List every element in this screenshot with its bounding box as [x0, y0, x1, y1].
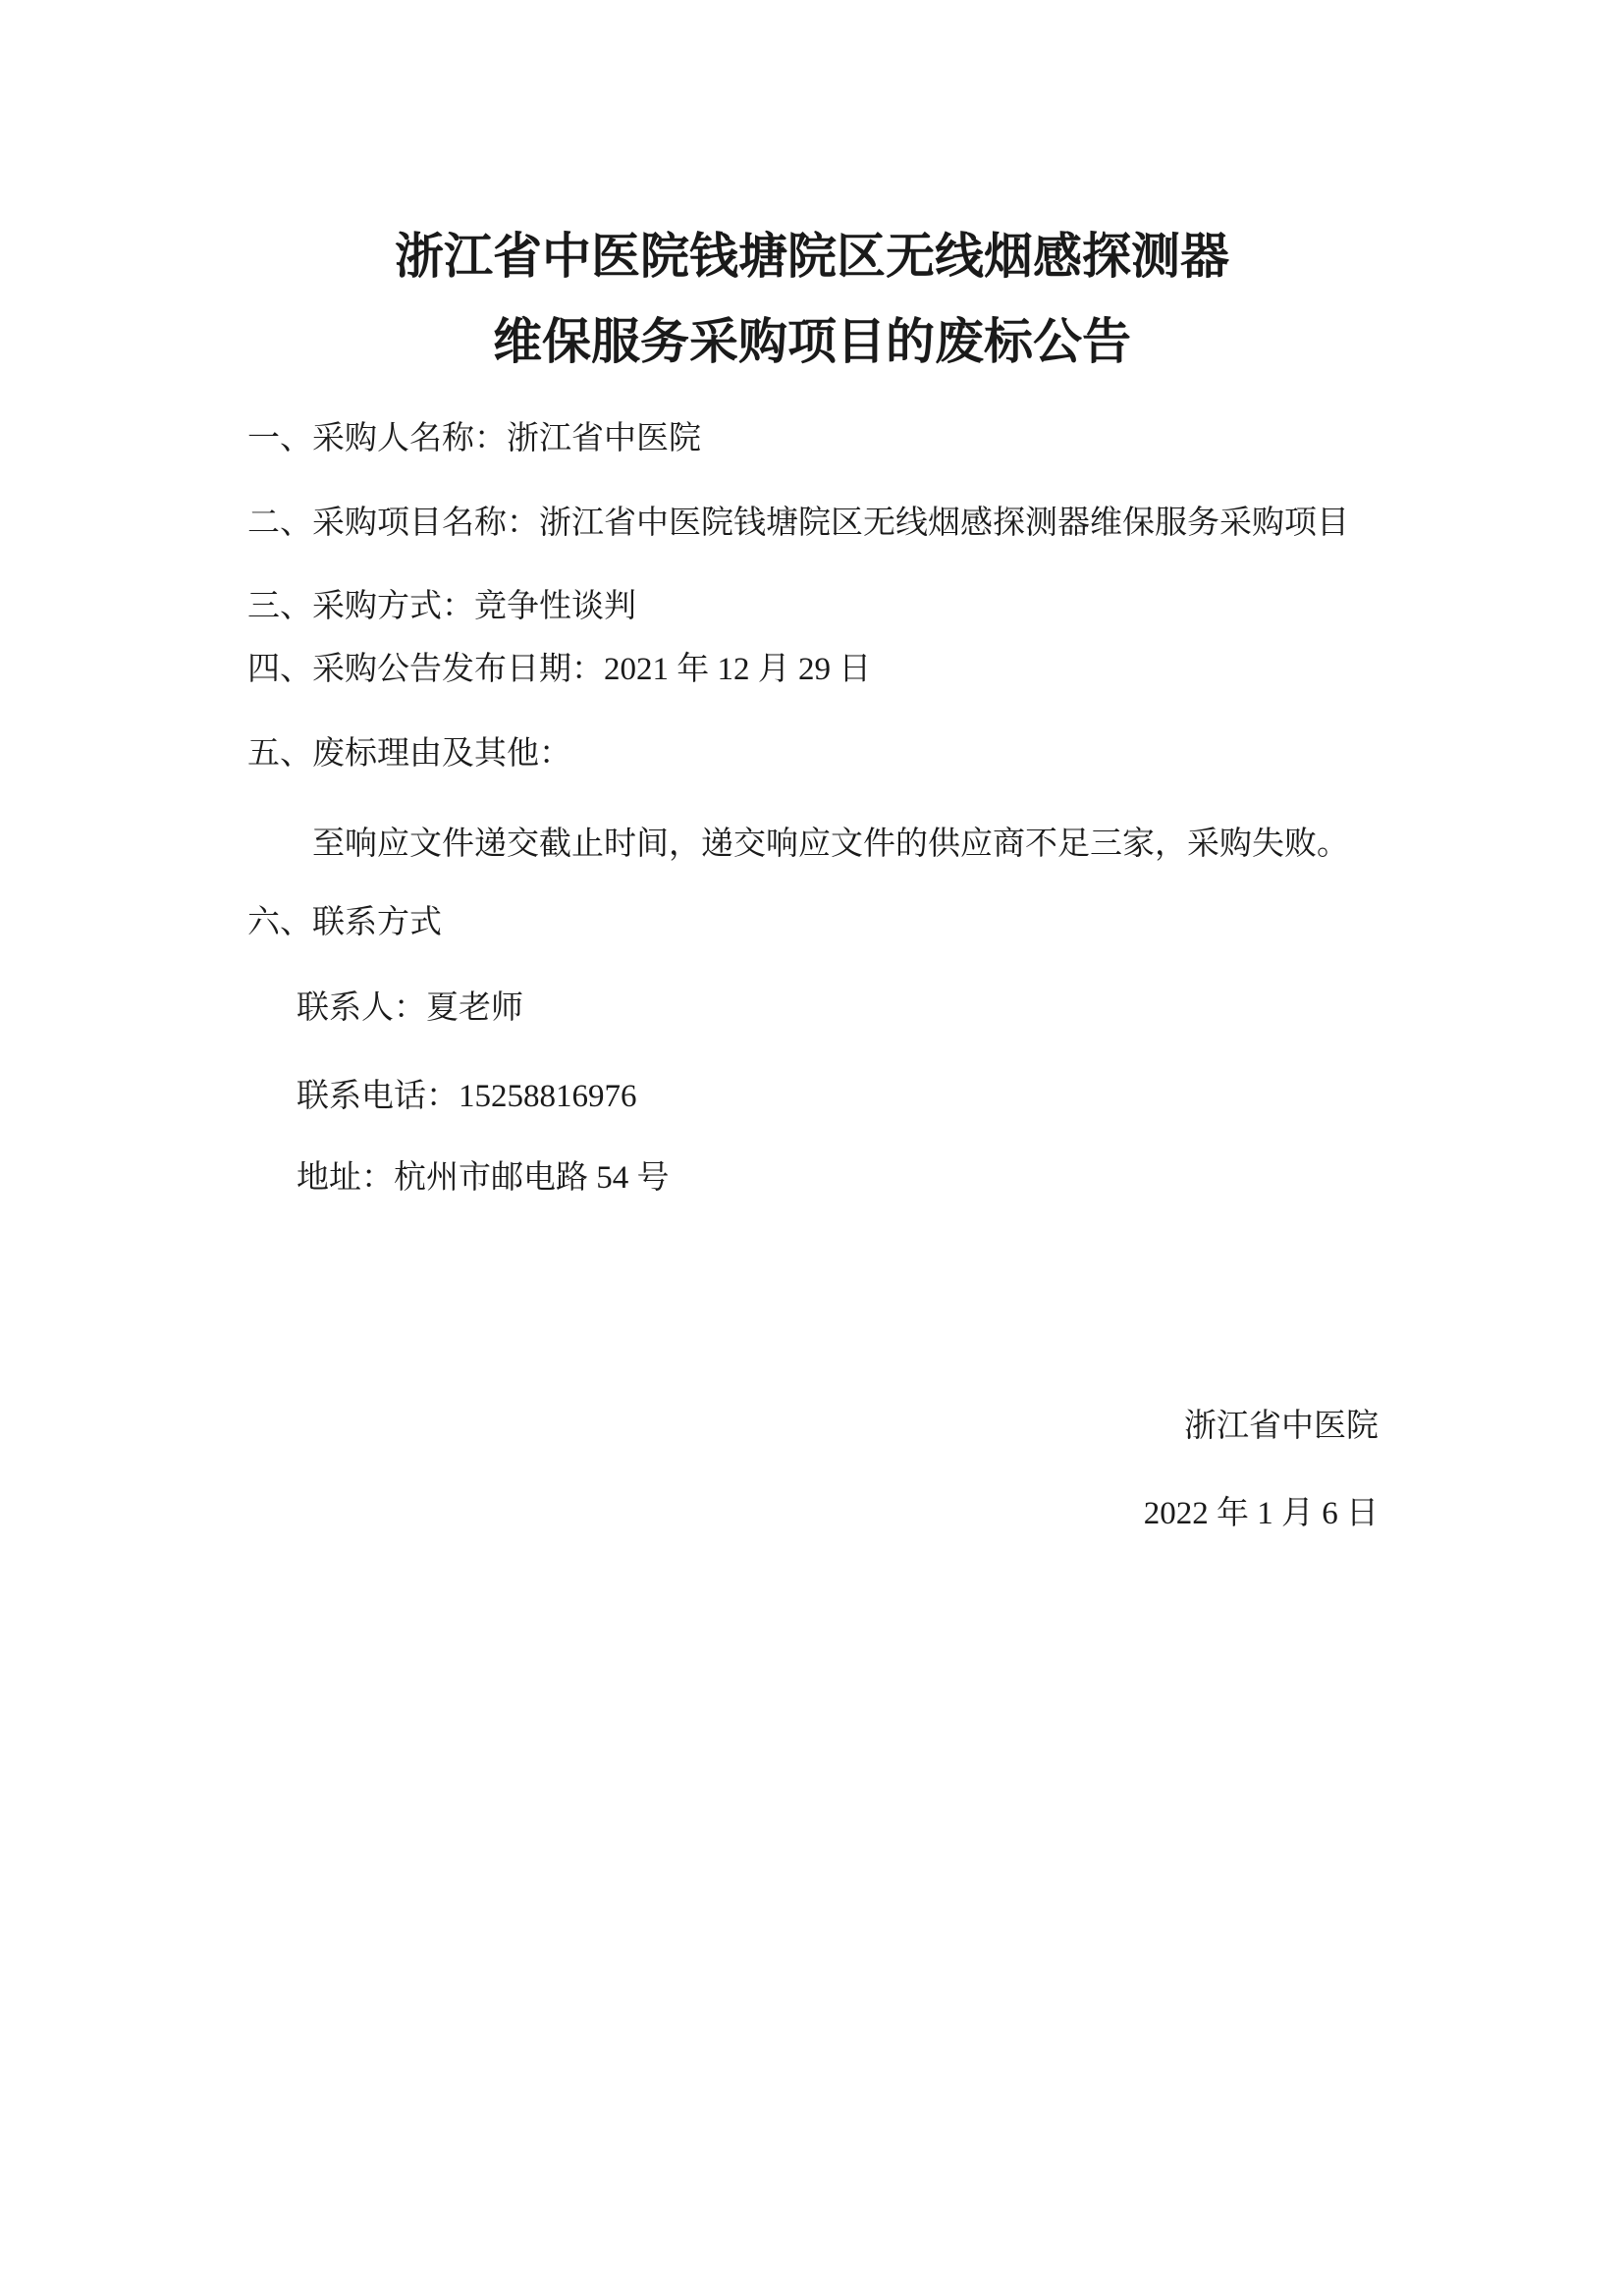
document-title-line-1: 浙江省中医院钱塘院区无线烟感探测器 [0, 232, 1624, 281]
cancellation-reason-text: 至响应文件递交截止时间，递交响应文件的供应商不足三家，采购失败。 [312, 827, 1349, 862]
signature-date: 2022 年 1 月 6 日 [1144, 1496, 1379, 1531]
contact-person: 联系人：夏老师 [297, 990, 523, 1026]
item-procurement-method: 三、采购方式：竞争性谈判 [247, 589, 636, 624]
document-title-line-2: 维保服务采购项目的废标公告 [0, 317, 1624, 366]
item-contact-heading: 六、联系方式 [247, 905, 442, 940]
contact-address: 地址：杭州市邮电路 54 号 [297, 1160, 670, 1196]
item-cancellation-reason-heading: 五、废标理由及其他： [247, 736, 571, 772]
item-project-name: 二、采购项目名称：浙江省中医院钱塘院区无线烟感探测器维保服务采购项目 [247, 506, 1349, 541]
signature-organization: 浙江省中医院 [1184, 1409, 1379, 1444]
contact-phone: 联系电话：15258816976 [297, 1079, 637, 1114]
item-announcement-date: 四、采购公告发布日期：2021 年 12 月 29 日 [247, 652, 871, 687]
item-purchaser-name: 一、采购人名称：浙江省中医院 [247, 421, 701, 456]
document-page: 浙江省中医院钱塘院区无线烟感探测器 维保服务采购项目的废标公告 一、采购人名称：… [0, 0, 1624, 2296]
